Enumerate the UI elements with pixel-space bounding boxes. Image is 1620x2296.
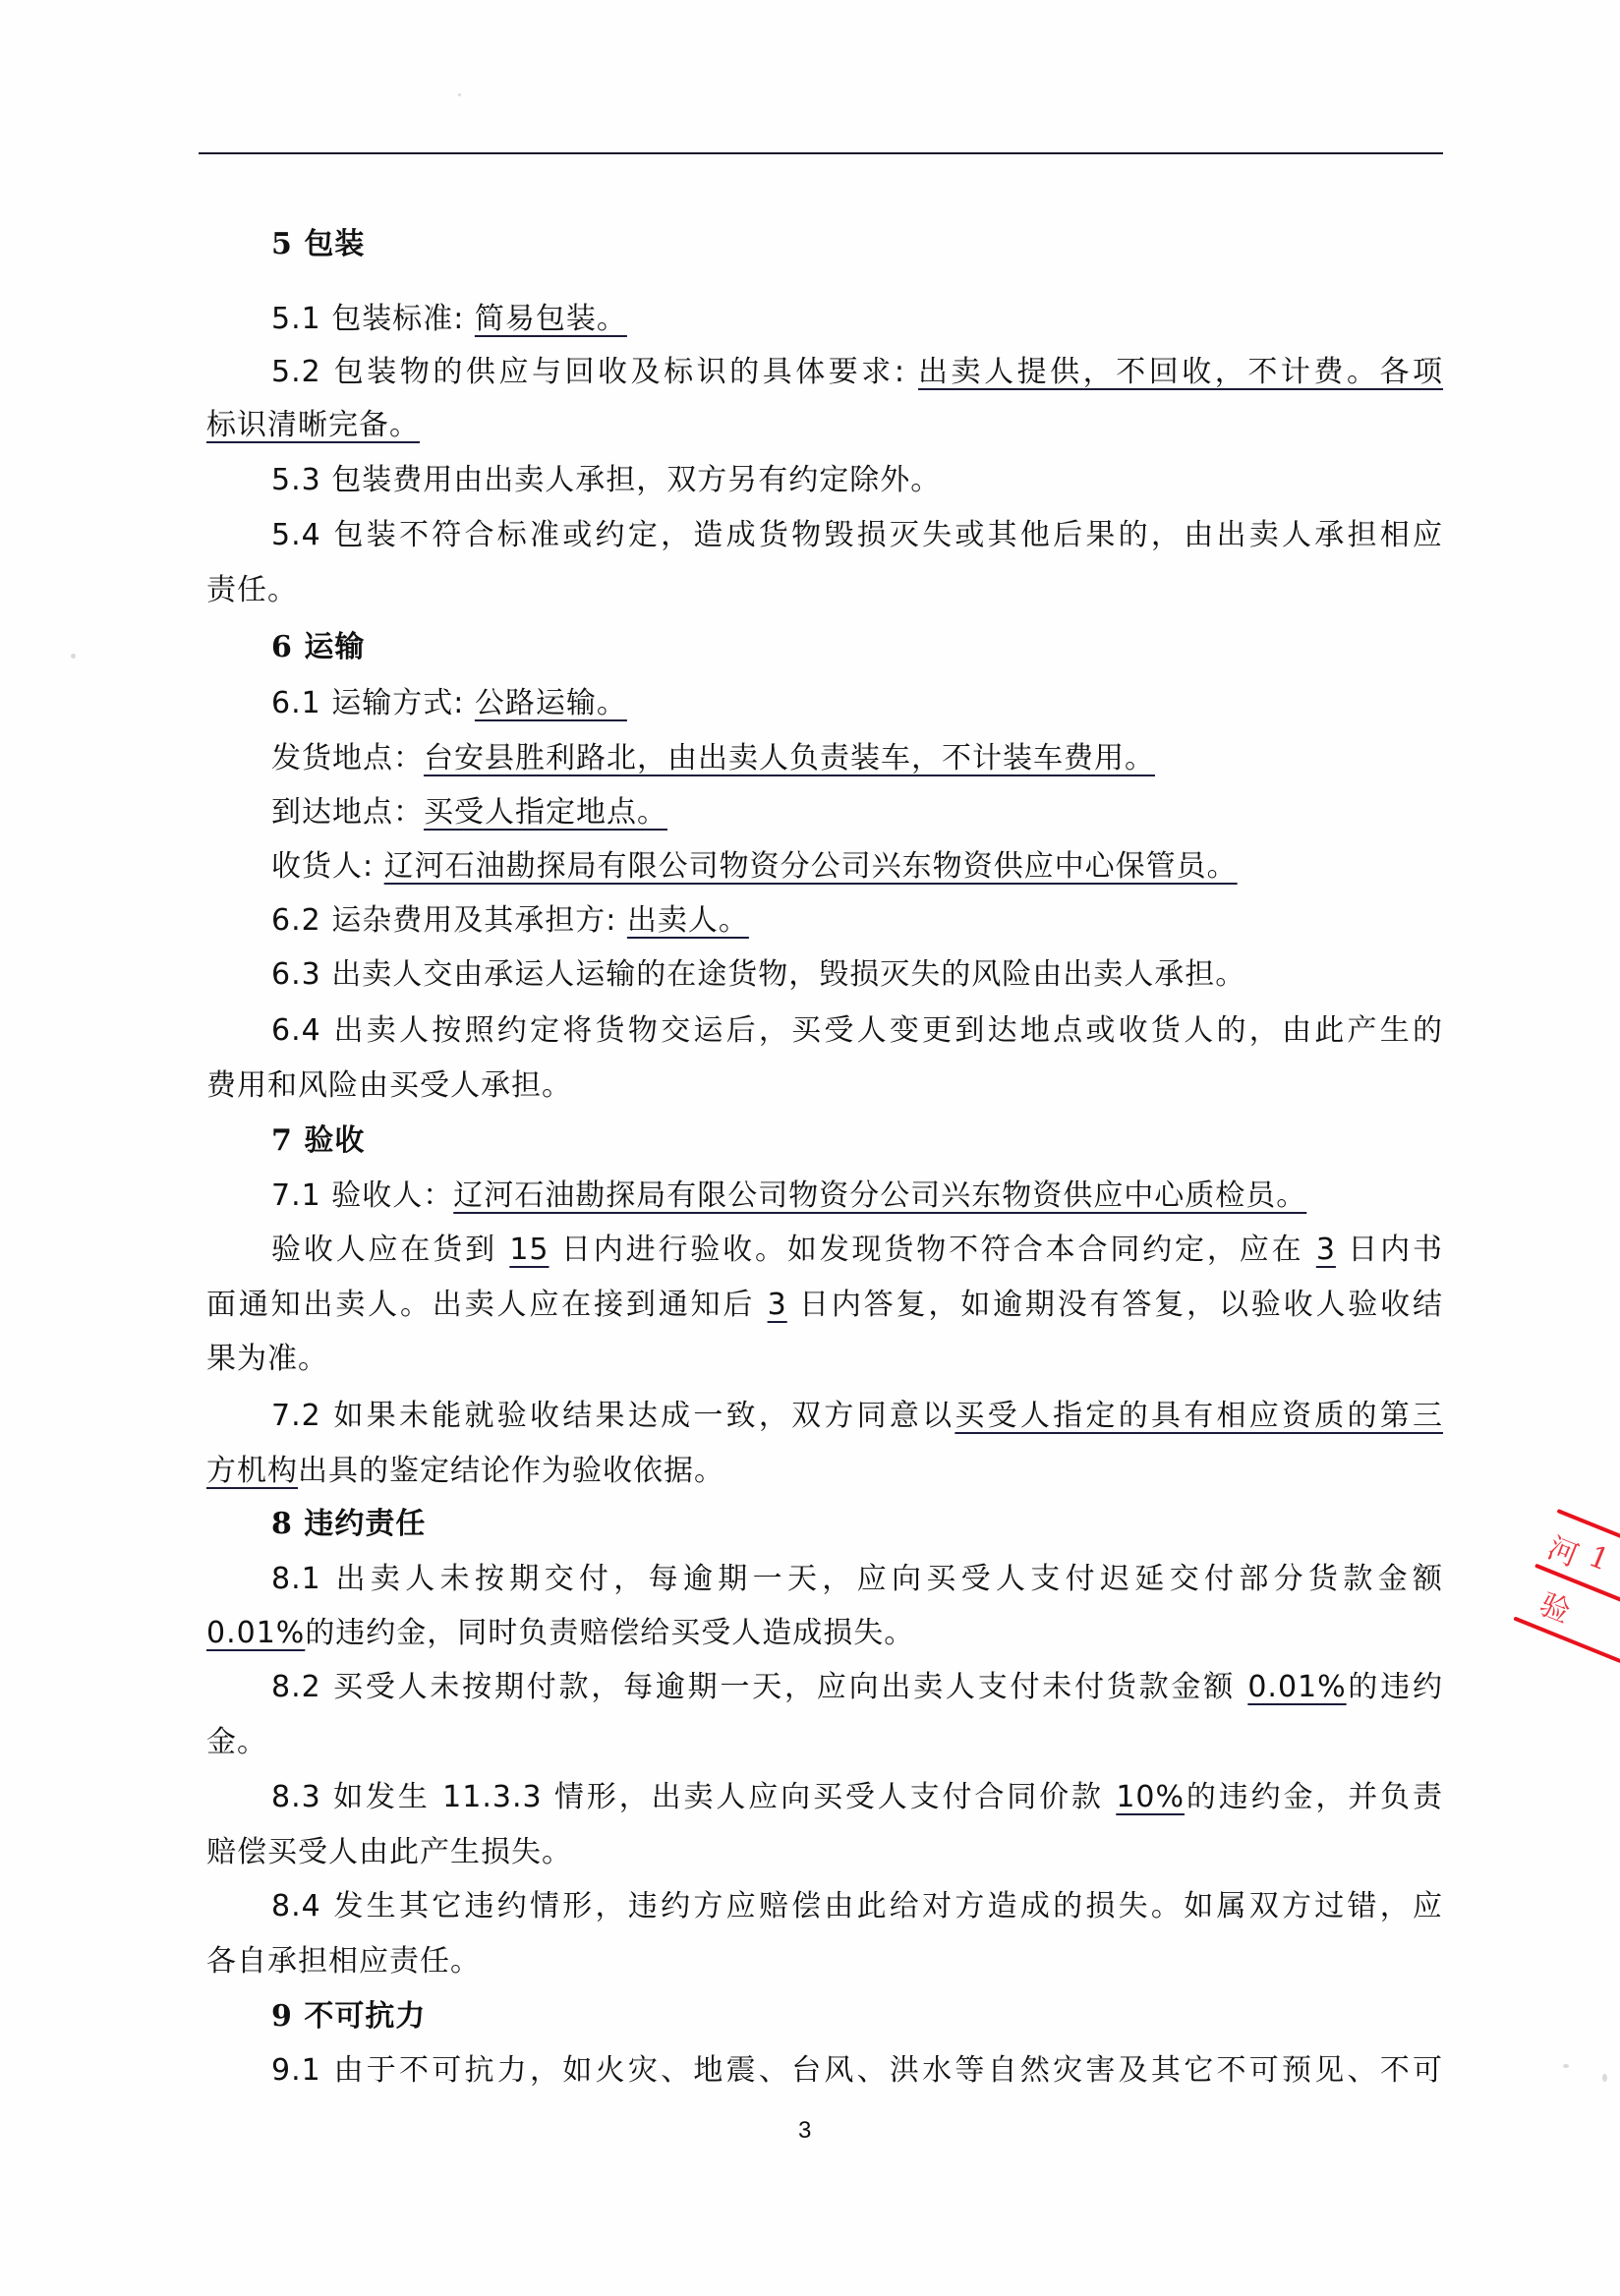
clause-6-4-line2: 费用和风险由买受人承担。 bbox=[206, 1063, 1443, 1109]
clause-8-2-line1: 8.2 买受人未按期付款，每逾期一天，应向出卖人支付未付货款金额 0.01%的违… bbox=[271, 1665, 1443, 1710]
clause-8-1-line2: 0.01%的违约金，同时负责赔偿给买受人造成损失。 bbox=[206, 1611, 1443, 1656]
notice-days: 3 bbox=[1316, 1233, 1336, 1267]
clause-8-2-text: 8.2 买受人未按期付款，每逾期一天，应向出卖人支付未付货款金额 bbox=[271, 1670, 1247, 1704]
clause-7-1-value: 辽河石油勘探局有限公司物资分公司兴东物资供应中心质检员。 bbox=[453, 1174, 1407, 1219]
clause-6-2-label: 6.2 运杂费用及其承担方: bbox=[271, 903, 627, 938]
clause-8-2-rate: 0.01% bbox=[1247, 1670, 1346, 1704]
section-heading-transport: 6 运输 bbox=[271, 625, 365, 670]
consignee: 收货人: 辽河石油勘探局有限公司物资分公司兴东物资供应中心保管员。 bbox=[271, 844, 1343, 890]
inspection-text: 日内书 bbox=[1336, 1233, 1443, 1267]
clause-5-1-label: 5.1 包装标准: bbox=[271, 302, 475, 336]
clause-5-2-value-cont: 标识清晰完备。 bbox=[206, 403, 467, 448]
clause-5-4-line2: 责任。 bbox=[206, 568, 1443, 613]
seal-border bbox=[1513, 1616, 1620, 1664]
red-seal-stamp: 河 1 验 bbox=[1503, 1509, 1620, 1686]
header-rule bbox=[199, 152, 1443, 154]
clause-5-2-line1: 5.2 包装物的供应与回收及标识的具体要求: 出卖人提供，不回收，不计费。各项 bbox=[271, 350, 1443, 395]
clause-8-3-rate: 10% bbox=[1116, 1780, 1185, 1814]
clause-6-1: 6.1 运输方式: 公路运输。 bbox=[271, 681, 676, 726]
clause-6-2: 6.2 运杂费用及其承担方: 出卖人。 bbox=[271, 898, 784, 944]
section-heading-liability: 8 违约责任 bbox=[271, 1502, 426, 1547]
seal-char: 1 bbox=[1584, 1539, 1614, 1578]
arrive-at-value: 买受人指定地点。 bbox=[424, 790, 714, 835]
clause-8-1-text: 的违约金，同时负责赔偿给买受人造成损失。 bbox=[305, 1616, 914, 1650]
clause-5-1-value: 简易包装。 bbox=[475, 297, 637, 342]
scan-noise bbox=[71, 654, 76, 659]
inspection-line3: 果为准。 bbox=[206, 1337, 1443, 1382]
seal-char: 验 bbox=[1534, 1579, 1578, 1631]
section-heading-force-majeure: 9 不可抗力 bbox=[271, 1994, 426, 2039]
arrive-at-label: 到达地点： bbox=[271, 795, 424, 830]
clause-8-3-line1: 8.3 如发生 11.3.3 情形，出卖人应向买受人支付合同价款 10%的违约金… bbox=[271, 1775, 1443, 1820]
ship-from: 发货地点：台安县胜利路北，由出卖人负责装车，不计装车费用。 bbox=[271, 736, 1279, 781]
arrive-at: 到达地点：买受人指定地点。 bbox=[271, 790, 714, 835]
clause-9-1-line1: 9.1 由于不可抗力，如火灾、地震、台风、洪水等自然灾害及其它不可预见、不可 bbox=[271, 2048, 1443, 2094]
clause-8-3-text: 8.3 如发生 11.3.3 情形，出卖人应向买受人支付合同价款 bbox=[271, 1780, 1116, 1814]
consignee-label: 收货人: bbox=[271, 849, 384, 884]
ship-from-label: 发货地点： bbox=[271, 741, 424, 775]
clause-5-4-line1: 5.4 包装不符合标准或约定，造成货物毁损灭失或其他后果的，由出卖人承担相应 bbox=[271, 513, 1443, 558]
clause-5-1: 5.1 包装标准: 简易包装。 bbox=[271, 297, 637, 342]
scan-noise bbox=[1563, 2064, 1569, 2068]
clause-5-2-value: 出卖人提供，不回收，不计费。各项 bbox=[918, 355, 1443, 389]
inspection-text: 日内进行验收。如发现货物不符合本合同约定，应在 bbox=[550, 1233, 1316, 1267]
clause-7-2-text: 7.2 如果未能就验收结果达成一致，双方同意以 bbox=[271, 1399, 955, 1433]
inspection-text: 日内答复，如逾期没有答复，以验收人验收结 bbox=[787, 1288, 1443, 1322]
clause-8-1-line1: 8.1 出卖人未按期交付，每逾期一天，应向买受人支付迟延交付部分货款金额 bbox=[271, 1557, 1443, 1602]
clause-6-2-value: 出卖人。 bbox=[627, 898, 784, 944]
clause-8-2-line2: 金。 bbox=[206, 1720, 1443, 1765]
clause-5-2-label: 5.2 包装物的供应与回收及标识的具体要求: bbox=[271, 355, 918, 389]
clause-6-3: 6.3 出卖人交由承运人运输的在途货物，毁损灭失的风险由出卖人承担。 bbox=[271, 952, 1443, 998]
clause-5-2-line2: 标识清晰完备。 bbox=[206, 403, 1443, 448]
clause-7-2-third-party-cont: 方机构 bbox=[206, 1454, 298, 1488]
inspection-text: 验收人应在货到 bbox=[271, 1233, 509, 1267]
clause-7-2-line1: 7.2 如果未能就验收结果达成一致，双方同意以买受人指定的具有相应资质的第三 bbox=[271, 1394, 1443, 1439]
clause-8-3-text: 的违约金，并负责 bbox=[1185, 1780, 1443, 1814]
clause-7-1: 7.1 验收人：辽河石油勘探局有限公司物资分公司兴东物资供应中心质检员。 bbox=[271, 1174, 1407, 1219]
section-heading-packaging: 5 包装 bbox=[271, 222, 365, 267]
section-heading-acceptance: 7 验收 bbox=[271, 1119, 365, 1164]
clause-5-3: 5.3 包装费用由出卖人承担，双方另有约定除外。 bbox=[271, 458, 1443, 503]
clause-7-2-line2: 方机构出具的鉴定结论作为验收依据。 bbox=[206, 1449, 1443, 1494]
scan-noise bbox=[1602, 2074, 1607, 2082]
page-number: 3 bbox=[798, 2117, 811, 2145]
clause-8-2-text: 的违约 bbox=[1347, 1670, 1443, 1704]
seal-char: 河 bbox=[1542, 1523, 1586, 1575]
clause-6-1-value: 公路运输。 bbox=[475, 681, 676, 726]
clause-7-2-third-party: 买受人指定的具有相应资质的第三 bbox=[955, 1399, 1443, 1433]
inspection-days: 15 bbox=[509, 1233, 549, 1267]
scan-noise bbox=[458, 93, 461, 96]
inspection-line1: 验收人应在货到 15 日内进行验收。如发现货物不符合本合同约定，应在 3 日内书 bbox=[271, 1228, 1443, 1273]
clause-8-3-line2: 赔偿买受人由此产生损失。 bbox=[206, 1830, 1443, 1875]
clause-6-4-line1: 6.4 出卖人按照约定将货物交运后，买受人变更到达地点或收货人的，由此产生的 bbox=[271, 1008, 1443, 1054]
clause-8-4-line1: 8.4 发生其它违约情形，违约方应赔偿由此给对方造成的损失。如属双方过错，应 bbox=[271, 1884, 1443, 1929]
clause-7-1-label: 7.1 验收人： bbox=[271, 1178, 453, 1213]
consignee-value: 辽河石油勘探局有限公司物资分公司兴东物资供应中心保管员。 bbox=[384, 844, 1343, 890]
clause-8-1-rate: 0.01% bbox=[206, 1616, 305, 1650]
reply-days: 3 bbox=[768, 1288, 787, 1322]
inspection-line2: 面通知出卖人。出卖人应在接到通知后 3 日内答复，如逾期没有答复，以验收人验收结 bbox=[206, 1283, 1443, 1328]
contract-page: 5 包装 5.1 包装标准: 简易包装。 5.2 包装物的供应与回收及标识的具体… bbox=[0, 0, 1620, 2296]
clause-6-1-label: 6.1 运输方式: bbox=[271, 686, 475, 720]
inspection-text: 面通知出卖人。出卖人应在接到通知后 bbox=[206, 1288, 768, 1322]
ship-from-value: 台安县胜利路北，由出卖人负责装车，不计装车费用。 bbox=[424, 736, 1279, 781]
clause-7-2-text: 出具的鉴定结论作为验收依据。 bbox=[298, 1454, 724, 1488]
clause-8-4-line2: 各自承担相应责任。 bbox=[206, 1939, 1443, 1984]
